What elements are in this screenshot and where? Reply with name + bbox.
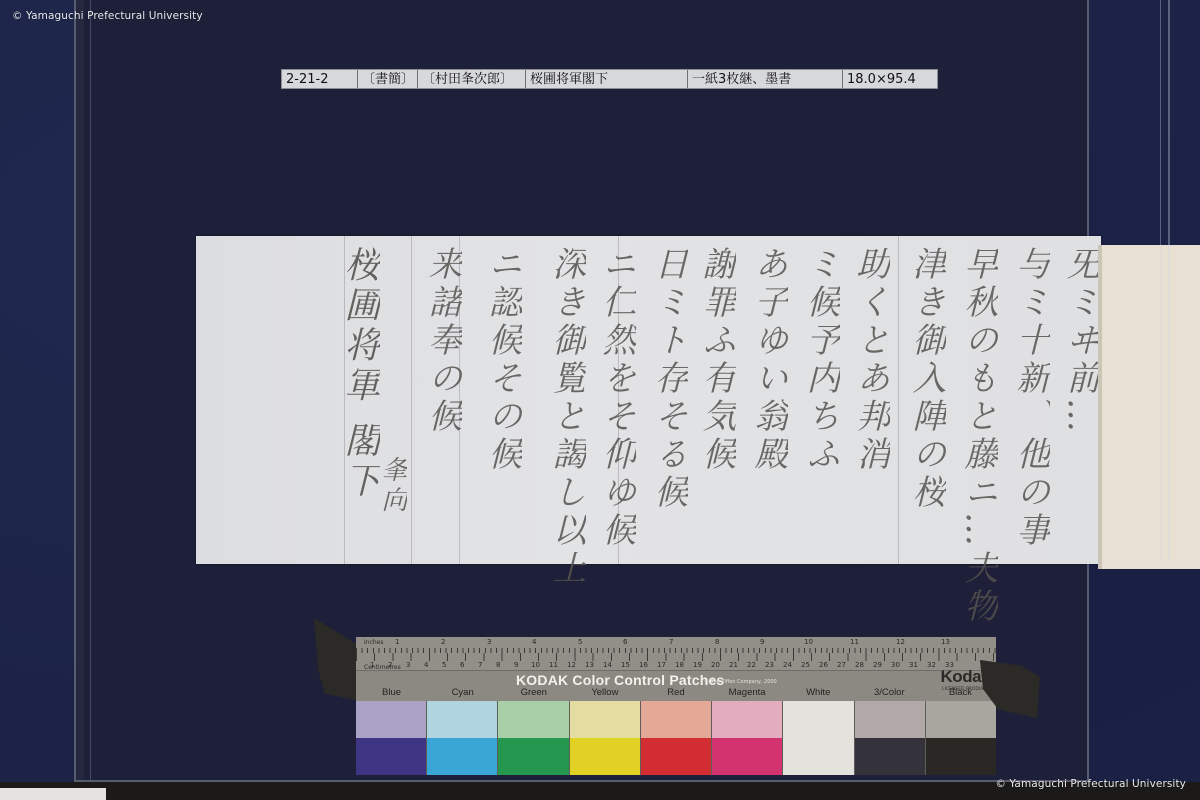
patch-light [356, 701, 426, 738]
patch-labels: Blue Cyan Green Yellow Red Magenta White… [356, 687, 996, 701]
cm-tick: 19 [693, 661, 702, 669]
bottom-paper-edge [0, 788, 106, 800]
cm-tick: 28 [855, 661, 864, 669]
patch-label-yellow: Yellow [569, 687, 640, 701]
cm-tick: 30 [891, 661, 900, 669]
patch-dark [570, 738, 640, 775]
letter-column: 謝罪ふ有気候 [692, 246, 741, 474]
patch-dark [926, 738, 996, 775]
cm-tick: 3 [406, 661, 410, 669]
patch-label-3color: 3/Color [854, 687, 925, 701]
catalog-label: 2-21-2 〔書簡〕 〔村田夆次郎〕 桜圃将軍閣下 一紙3枚継、墨書 18.0… [281, 69, 938, 89]
tiffen-copyright: © The Tiffen Company, 2000 [704, 679, 777, 685]
patch-label-green: Green [498, 687, 569, 701]
patch-light [427, 701, 497, 738]
letter-column: 与ミ十新、他の事 [1006, 246, 1055, 550]
cm-tick: 11 [549, 661, 558, 669]
document-type: 〔書簡〕 [358, 70, 418, 88]
patch-dark [783, 738, 853, 775]
inch-tick: 12 [896, 638, 905, 646]
patch-label-blue: Blue [356, 687, 427, 701]
glass-edge [1160, 0, 1161, 560]
cm-tick: 13 [585, 661, 594, 669]
patch-label-cyan: Cyan [427, 687, 498, 701]
cm-tick: 12 [567, 661, 576, 669]
copyright-bottom: © Yamaguchi Prefectural University [995, 778, 1186, 790]
patch-green [498, 701, 569, 775]
letter-column: ミ候予内ちふ [796, 246, 845, 474]
sheet-edge [1098, 245, 1102, 569]
glass-edge [1168, 0, 1170, 560]
cm-tick: 26 [819, 661, 828, 669]
cm-tick: 14 [603, 661, 612, 669]
cm-tick: 9 [514, 661, 518, 669]
cm-tick: 6 [460, 661, 464, 669]
cm-tick: 1 [370, 661, 374, 669]
cm-tick: 2 [388, 661, 392, 669]
inch-tick: 6 [623, 638, 627, 646]
catalog-number: 2-21-2 [282, 70, 358, 88]
letter-column: あ子ゆい翁殿 [744, 246, 793, 474]
cm-tick: 21 [729, 661, 738, 669]
patch-light [926, 701, 996, 738]
letter-column: 深き御覧と謁し以上 [542, 246, 591, 588]
patch-label-magenta: Magenta [712, 687, 783, 701]
recipient: 桜圃将軍閣下 [526, 70, 688, 88]
cm-tick: 4 [424, 661, 428, 669]
patch-light [498, 701, 568, 738]
inch-tick: 2 [441, 638, 445, 646]
letter-column: 日ミト存そる候 [644, 246, 693, 512]
patch-dark [712, 738, 782, 775]
inch-tick: 4 [532, 638, 536, 646]
inches-label: Inches [364, 639, 384, 646]
cm-tick: 23 [765, 661, 774, 669]
cm-tick: 7 [478, 661, 482, 669]
patch-dark [356, 738, 426, 775]
next-letter-sheet [1098, 245, 1200, 569]
inch-tick: 13 [941, 638, 950, 646]
patch-dark [427, 738, 497, 775]
inch-tick: 7 [669, 638, 673, 646]
author: 〔村田夆次郎〕 [418, 70, 526, 88]
patch-light [783, 701, 853, 738]
cm-tick: 17 [657, 661, 666, 669]
letter-signature: 夆向 [374, 456, 411, 516]
cm-tick: 16 [639, 661, 648, 669]
letter-column: 助くとあ邦消 [846, 246, 895, 474]
patch-3color [855, 701, 926, 775]
cm-tick: 10 [531, 661, 540, 669]
cm-tick: 22 [747, 661, 756, 669]
cm-tick: 29 [873, 661, 882, 669]
cm-tick: 32 [927, 661, 936, 669]
ruler: Inches Centimetres 1 2 3 4 5 6 7 8 9 10 … [356, 637, 996, 671]
handwritten-letter: 旡ミヰ前… 与ミ十新、他の事 早秋のもと藤ニ…夫物 津き御入陣の桜 助くとあ邦消… [196, 236, 1101, 564]
patch-light [570, 701, 640, 738]
inch-tick: 11 [850, 638, 859, 646]
inch-tick: 3 [487, 638, 491, 646]
cm-tick: 18 [675, 661, 684, 669]
patch-label-white: White [783, 687, 854, 701]
letter-column: 来諸奉の候 [418, 246, 467, 436]
patch-blue [356, 701, 427, 775]
patch-white [783, 701, 854, 775]
color-patches [356, 701, 996, 775]
patch-cyan [427, 701, 498, 775]
cm-tick: 24 [783, 661, 792, 669]
patch-light [641, 701, 711, 738]
dimensions: 18.0×95.4 [843, 70, 937, 88]
paper-fold [411, 236, 412, 564]
inch-tick: 9 [760, 638, 764, 646]
kodak-color-control-strip: Inches Centimetres 1 2 3 4 5 6 7 8 9 10 … [356, 637, 996, 775]
cm-tick: 5 [442, 661, 446, 669]
patch-black [926, 701, 996, 775]
letter-column: 津き御入陣の桜 [902, 246, 951, 512]
inch-tick: 5 [578, 638, 582, 646]
patch-light [712, 701, 782, 738]
cm-tick: 25 [801, 661, 810, 669]
patch-magenta [712, 701, 783, 775]
inch-tick: 10 [804, 638, 813, 646]
cm-tick: 15 [621, 661, 630, 669]
cm-tick: 20 [711, 661, 720, 669]
kodak-title: KODAK Color Control Patches [516, 672, 724, 688]
patch-label-red: Red [640, 687, 711, 701]
patch-dark [855, 738, 925, 775]
patch-dark [641, 738, 711, 775]
letter-column: 早秋のもと藤ニ…夫物 [954, 246, 1003, 626]
copyright-top: © Yamaguchi Prefectural University [12, 10, 203, 22]
cm-tick: 8 [496, 661, 500, 669]
cm-tick: 31 [909, 661, 918, 669]
patch-dark [498, 738, 568, 775]
cm-tick: 27 [837, 661, 846, 669]
patch-yellow [570, 701, 641, 775]
patch-red [641, 701, 712, 775]
letter-column: ニ認候その候 [478, 246, 527, 474]
paper-fold [898, 236, 899, 564]
letter-column: ニ仁然をそ仰ゆ候 [592, 246, 641, 550]
inch-tick: 1 [395, 638, 399, 646]
material-description: 一紙3枚継、墨書 [688, 70, 843, 88]
patch-light [855, 701, 925, 738]
inch-tick: 8 [715, 638, 719, 646]
